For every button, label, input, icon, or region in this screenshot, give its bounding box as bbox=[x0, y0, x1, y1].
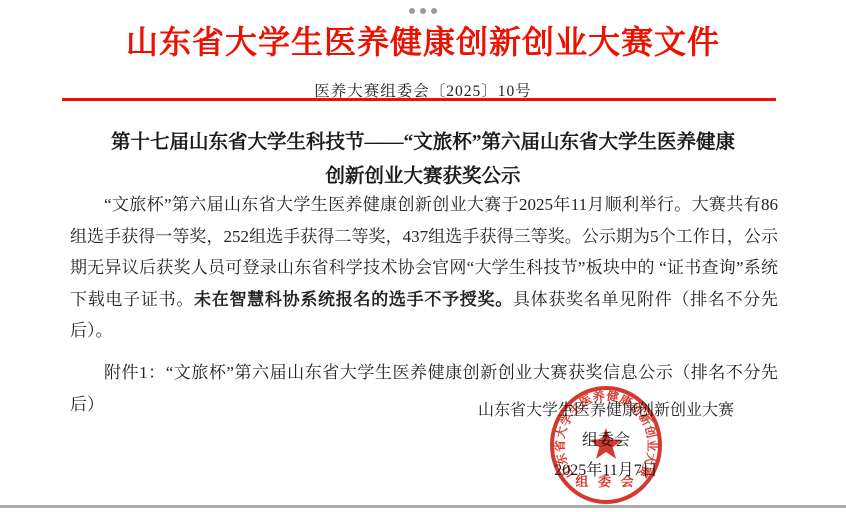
document-page: 山东省大学生医养健康创新创业大赛文件 医养大赛组委会〔2025〕10号 第十七届… bbox=[0, 0, 846, 512]
announcement-heading: 第十七届山东省大学生科技节——“文旅杯”第六届山东省大学生医养健康 创新创业大赛… bbox=[85, 126, 761, 194]
document-title: 山东省大学生医养健康创新创业大赛文件 bbox=[0, 22, 846, 62]
announcement-heading-line1: 第十七届山东省大学生科技节——“文旅杯”第六届山东省大学生医养健康 bbox=[85, 126, 761, 160]
body-paragraph: “文旅杯”第六届山东省大学生医养健康创新创业大赛于2025年11月顺利举行。大赛… bbox=[70, 189, 778, 347]
seal-bottom-text: 组 委 会 bbox=[575, 474, 636, 489]
header-divider bbox=[62, 98, 776, 101]
official-seal: 山东省大学生医养健康创新创业大赛 组 委 会 bbox=[547, 385, 666, 506]
announcement-body: “文旅杯”第六届山东省大学生医养健康创新创业大赛于2025年11月顺利举行。大赛… bbox=[70, 189, 778, 420]
body-bold-note: 未在智慧科协系统报名的选手不予授奖。 bbox=[194, 290, 513, 309]
dot-icon bbox=[431, 8, 437, 14]
page-bottom-border bbox=[0, 505, 846, 508]
seal-star-icon bbox=[590, 428, 622, 459]
more-options-icon[interactable] bbox=[0, 8, 846, 14]
dot-icon bbox=[420, 8, 426, 14]
dot-icon bbox=[409, 8, 415, 14]
